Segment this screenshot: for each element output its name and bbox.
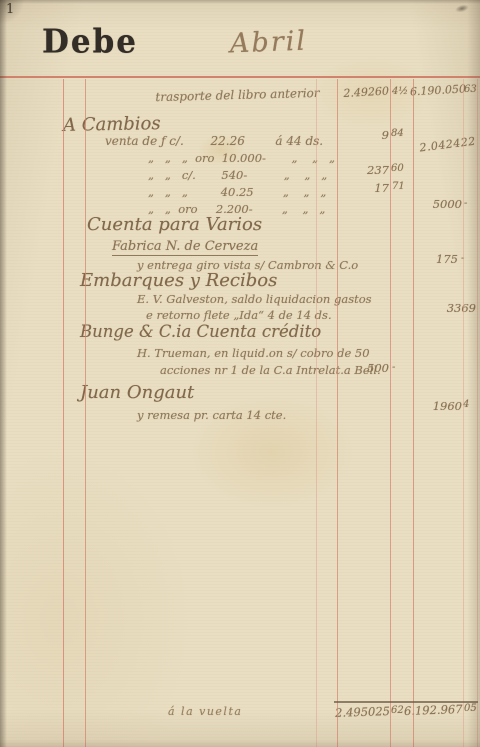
varios-subtitle: Fabrica N. de Cerveza — [112, 240, 258, 256]
carry-cents-1: 4½ — [392, 86, 408, 97]
cambios-line-1: venta de ƒ c/. 22.26 á 44 ds. — [105, 135, 323, 148]
cambios-amount-2: 2.042422 — [404, 136, 477, 157]
ink-smudge — [454, 3, 469, 13]
cambios-cents-5: - — [464, 198, 467, 209]
column-rule-amount1 — [337, 79, 338, 747]
embarques-amount-1: 3369 — [428, 302, 476, 315]
column-rule-amount2 — [413, 79, 414, 747]
page-number: 1 — [6, 3, 14, 17]
carry-amount-1: 2.49260 — [334, 86, 390, 101]
cambios-line-2: „ „ „ oro 10.000- „ „ „ — [148, 152, 335, 165]
entry-title-cambios: A Cambios — [63, 114, 161, 135]
bunge-line-1: H. Trueman, en liquid.on s/ cobro de 50 — [137, 347, 370, 360]
ongaut-amount-1: 1960 — [410, 400, 462, 413]
cambios-amount-4: 17 — [336, 182, 389, 195]
bunge-cents-1: - — [392, 362, 395, 373]
total-amount-1: 2.495025 — [332, 705, 390, 720]
cambios-line-3: „ „ c/. 540- „ „ „ — [148, 169, 327, 182]
total-cents-2: 05 — [464, 703, 477, 714]
cambios-amount-3: 237 — [336, 164, 389, 177]
column-rule-folio — [316, 79, 317, 747]
totals-rule — [334, 701, 478, 703]
cambios-amount-1: 9 — [336, 129, 389, 142]
cambios-cents-3: 60 — [391, 163, 404, 174]
month-title: Abril — [230, 27, 308, 59]
ongaut-line-1: y remesa pr. carta 14 cte. — [137, 409, 286, 422]
bunge-amount-1: 500 — [336, 362, 389, 375]
column-rule-page-edge — [477, 79, 478, 747]
column-rule-left-b — [85, 79, 86, 747]
cambios-line-4: „ „ „ 40.25 „ „ „ — [148, 186, 326, 199]
column-rule-left-a — [63, 79, 64, 747]
cambios-cents-1: 84 — [391, 128, 404, 139]
cambios-amount-5: 5000 — [410, 198, 462, 211]
column-rule-cents1 — [390, 79, 391, 747]
carry-desc: trasporte del libro anterior — [135, 86, 340, 105]
cambios-cents-4: 71 — [392, 181, 405, 192]
carry-note: á la vuelta — [168, 706, 242, 718]
entry-title-varios: Cuenta para Varios — [87, 215, 262, 235]
carry-cents-2: 63 — [464, 84, 477, 95]
debit-title: Debe — [42, 23, 138, 61]
entry-title-bunge: Bunge & C.ia Cuenta crédito — [80, 323, 321, 341]
carry-amount-2: 6.190.050 — [410, 84, 463, 99]
embarques-line-2: e retorno flete „Ida“ 4 de 14 ds. — [146, 309, 332, 322]
entry-title-ongaut: Juan Ongaut — [80, 383, 194, 403]
entry-title-embarques: Embarques y Recibos — [80, 271, 277, 291]
ledger-page: 1 Debe Abril trasporte del libro anterio… — [0, 0, 480, 747]
column-rule-cents2 — [463, 79, 464, 747]
total-cents-1: 62 — [391, 705, 404, 716]
top-rule — [0, 76, 480, 78]
